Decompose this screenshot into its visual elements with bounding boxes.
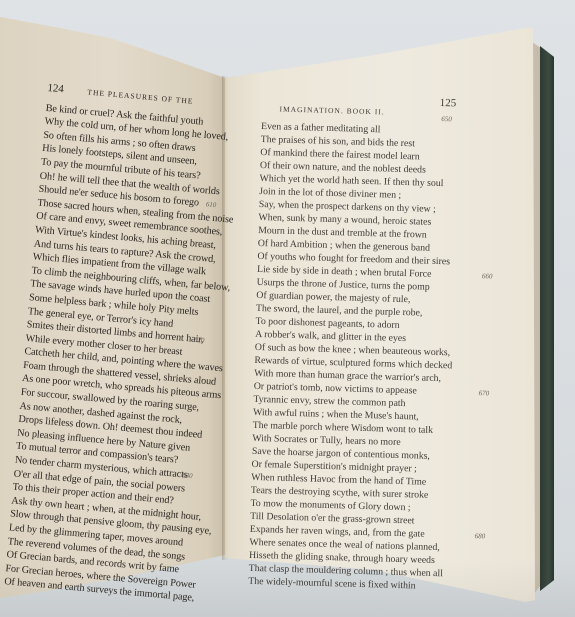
right-page-text: IMAGINATION. BOOK II. 125 650 Even as a … (248, 92, 502, 595)
book-gutter (222, 76, 228, 560)
verse-lines: Even as a father meditating allThe prais… (248, 120, 501, 595)
page-number: 124 (47, 82, 64, 97)
book-cover-edge (540, 46, 554, 591)
book-photo: 124 THE PLEASURES OF THE Be kind or crue… (0, 0, 575, 617)
page-number: 125 (440, 97, 457, 110)
table-shadow (0, 560, 575, 617)
running-head: IMAGINATION. BOOK II. (279, 102, 384, 118)
